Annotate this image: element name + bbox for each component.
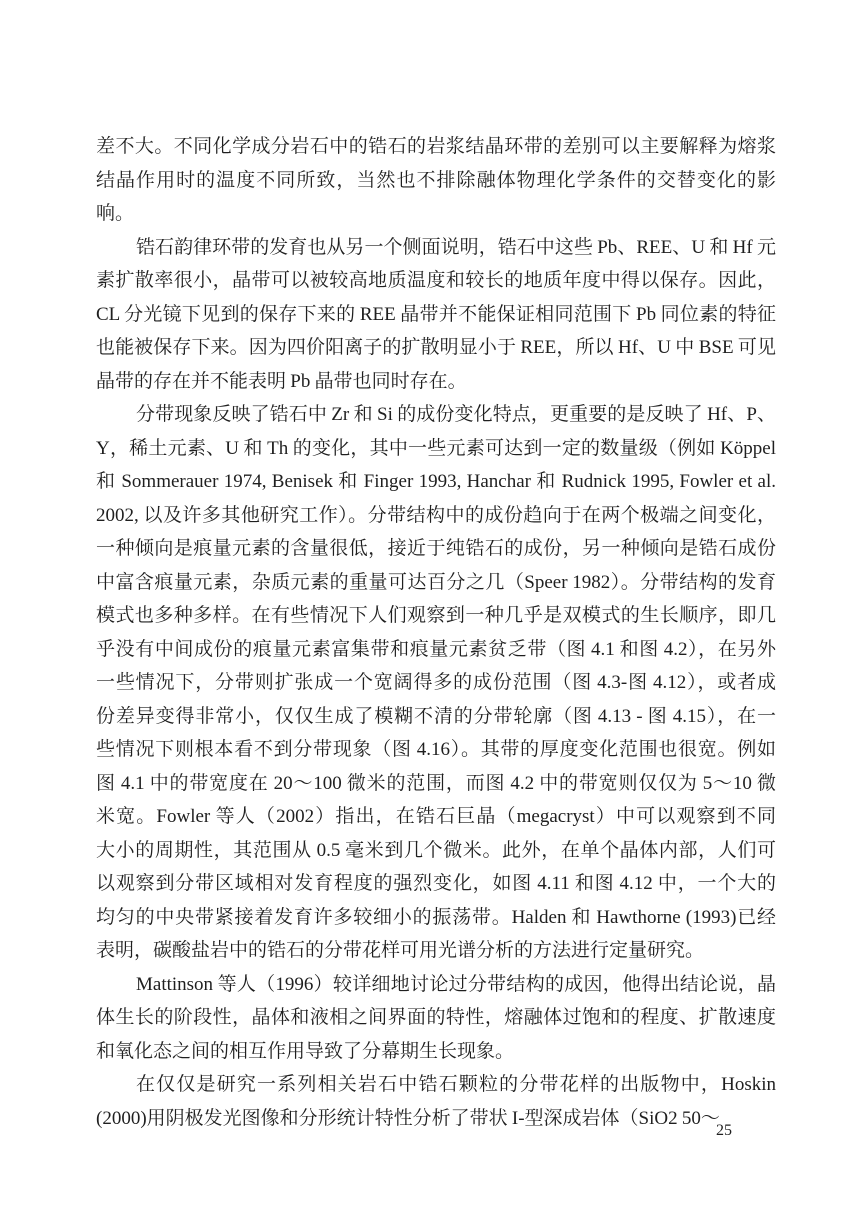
text-line: 分带现象反映了锆石中 Zr 和 Si 的成份变化特点，更重要的是反映了 Hf、P… <box>96 398 776 432</box>
text-line: 乎没有中间成份的痕量元素富集带和痕量元素贫乏带（图 4.1 和图 4.2），在另… <box>96 633 776 667</box>
paragraph: 差不大。不同化学成分岩石中的锆石的岩浆结晶环带的差别可以主要解释为熔浆结晶作用时… <box>96 130 776 231</box>
paragraph: 锆石韵律环带的发育也从另一个侧面说明，锆石中这些 Pb、REE、U 和 Hf 元… <box>96 231 776 399</box>
text-line: 模式也多种多样。在有些情况下人们观察到一种几乎是双模式的生长顺序，即几 <box>96 599 776 633</box>
text-line: 在仅仅是研究一系列相关岩石中锆石颗粒的分带花样的出版物中，Hoskin <box>96 1068 776 1102</box>
text-line: 2002, 以及许多其他研究工作）。分带结构中的成份趋向于在两个极端之间变化， <box>96 499 776 533</box>
text-line: 大小的周期性，其范围从 0.5 毫米到几个微米。此外，在单个晶体内部，人们可 <box>96 834 776 868</box>
body-text: 差不大。不同化学成分岩石中的锆石的岩浆结晶环带的差别可以主要解释为熔浆结晶作用时… <box>96 130 776 1135</box>
text-line: 响。 <box>96 197 776 231</box>
text-line: 米宽。Fowler 等人（2002）指出，在锆石巨晶（megacryst）中可以… <box>96 800 776 834</box>
page-number: 25 <box>716 1120 732 1142</box>
text-line: 差不大。不同化学成分岩石中的锆石的岩浆结晶环带的差别可以主要解释为熔浆 <box>96 130 776 164</box>
text-line: 和氧化态之间的相互作用导致了分幕期生长现象。 <box>96 1035 776 1069</box>
text-line: 份差异变得非常小，仅仅生成了模糊不清的分带轮廓（图 4.13 - 图 4.15）… <box>96 700 776 734</box>
document-page: 差不大。不同化学成分岩石中的锆石的岩浆结晶环带的差别可以主要解释为熔浆结晶作用时… <box>0 0 860 1216</box>
text-line: 结晶作用时的温度不同所致，当然也不排除融体物理化学条件的交替变化的影 <box>96 164 776 198</box>
text-line: 也能被保存下来。因为四价阳离子的扩散明显小于 REE，所以 Hf、U 中 BSE… <box>96 331 776 365</box>
text-line: 素扩散率很小，晶带可以被较高地质温度和较长的地质年度中得以保存。因此， <box>96 264 776 298</box>
paragraph: 在仅仅是研究一系列相关岩石中锆石颗粒的分带花样的出版物中，Hoskin(2000… <box>96 1068 776 1135</box>
paragraph: Mattinson 等人（1996）较详细地讨论过分带结构的成因，他得出结论说，… <box>96 968 776 1069</box>
text-line: 锆石韵律环带的发育也从另一个侧面说明，锆石中这些 Pb、REE、U 和 Hf 元 <box>96 231 776 265</box>
text-line: CL 分光镜下见到的保存下来的 REE 晶带并不能保证相同范围下 Pb 同位素的… <box>96 298 776 332</box>
text-line: 均匀的中央带紧接着发育许多较细小的振荡带。Halden 和 Hawthorne … <box>96 901 776 935</box>
text-line: 中富含痕量元素，杂质元素的重量可达百分之几（Speer 1982）。分带结构的发… <box>96 566 776 600</box>
paragraph: 分带现象反映了锆石中 Zr 和 Si 的成份变化特点，更重要的是反映了 Hf、P… <box>96 398 776 968</box>
text-line: 体生长的阶段性，晶体和液相之间界面的特性，熔融体过饱和的程度、扩散速度 <box>96 1001 776 1035</box>
text-line: 一些情况下，分带则扩张成一个宽阔得多的成份范围（图 4.3-图 4.12），或者… <box>96 666 776 700</box>
text-line: 晶带的存在并不能表明 Pb 晶带也同时存在。 <box>96 365 776 399</box>
text-line: Mattinson 等人（1996）较详细地讨论过分带结构的成因，他得出结论说，… <box>96 968 776 1002</box>
text-line: 以观察到分带区域相对发育程度的强烈变化，如图 4.11 和图 4.12 中，一个… <box>96 867 776 901</box>
text-line: 表明，碳酸盐岩中的锆石的分带花样可用光谱分析的方法进行定量研究。 <box>96 934 776 968</box>
text-line: Y，稀土元素、U 和 Th 的变化，其中一些元素可达到一定的数量级（例如 Köp… <box>96 432 776 466</box>
text-line: 一种倾向是痕量元素的含量很低，接近于纯锆石的成份，另一种倾向是锆石成份 <box>96 532 776 566</box>
text-line: (2000)用阴极发光图像和分形统计特性分析了带状 I-型深成岩体（SiO2 5… <box>96 1102 776 1136</box>
text-line: 些情况下则根本看不到分带现象（图 4.16）。其带的厚度变化范围也很宽。例如 <box>96 733 776 767</box>
text-line: 和 Sommerauer 1974, Benisek 和 Finger 1993… <box>96 465 776 499</box>
text-line: 图 4.1 中的带宽度在 20～100 微米的范围，而图 4.2 中的带宽则仅仅… <box>96 767 776 801</box>
